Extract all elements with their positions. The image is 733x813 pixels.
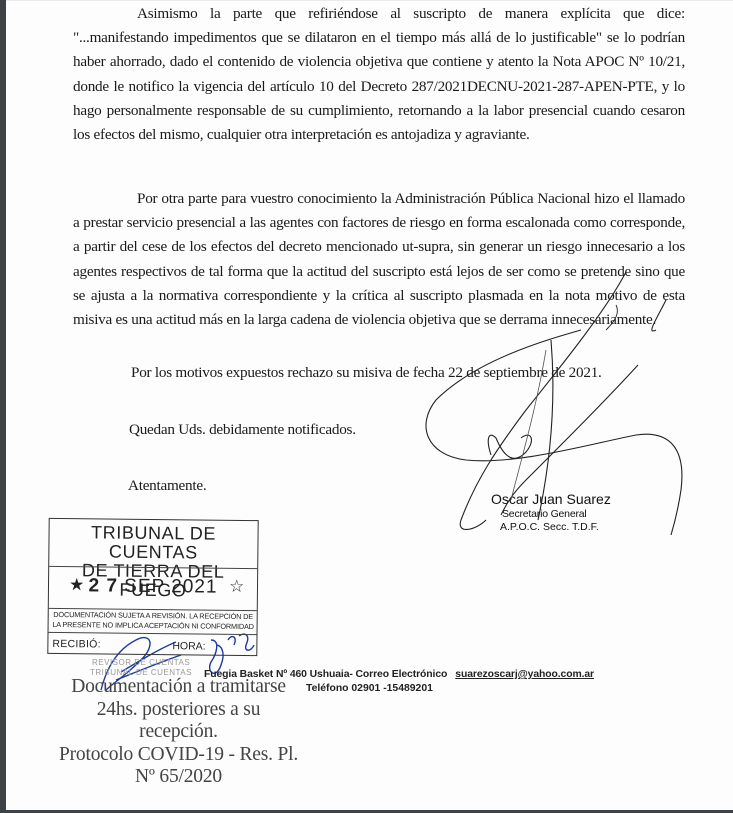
paragraph-asimismo-text: Asimismo la parte que refiriéndose al su…: [73, 5, 685, 143]
stamp-recibio-label: RECIBIÓ:: [52, 638, 101, 651]
page-top-edge: [6, 0, 733, 1]
signatory-org: A.P.O.C. Secc. T.D.F.: [500, 521, 599, 533]
document-page: Asimismo la parte que refiriéndose al su…: [6, 0, 733, 810]
covid-line-3: recepción.: [46, 721, 311, 744]
stamp-disclaimer: DOCUMENTACIÓN SUJETA A REVISIÓN. LA RECE…: [51, 610, 256, 631]
faint-stamp-revisor: REVISOR DE CUENTAS: [92, 658, 190, 667]
signatory-title: Secretario General: [502, 508, 587, 520]
paragraph-por-otra-parte: Por otra parte para vuestro conocimiento…: [73, 187, 685, 332]
paragraph-por-otra-parte-text: Por otra parte para vuestro conocimiento…: [73, 190, 685, 328]
stamp-date-day: 2 7: [88, 575, 118, 596]
covid-line-5: Nº 65/2020: [46, 766, 311, 789]
stamp-divider: [49, 632, 257, 635]
signatory-name: Oscar Juan Suarez: [491, 491, 611, 507]
closing-line: Atentamente.: [128, 477, 206, 495]
paragraph-asimismo: Asimismo la parte que refiriéndose al su…: [73, 2, 685, 147]
covid-protocol-stamp: Documentación a tramitarse 24hs. posteri…: [46, 676, 311, 789]
covid-line-1: Documentación a tramitarse: [46, 676, 311, 699]
footer-phone: Teléfono 02901 -15489201: [306, 683, 433, 694]
covid-line-4: Protocolo COVID-19 - Res. Pl.: [46, 744, 311, 767]
covid-line-2: 24hs. posteriores a su: [46, 699, 311, 722]
tribunal-reception-stamp: TRIBUNAL DE CUENTAS DE TIERRA DEL FUEGO …: [47, 518, 258, 656]
stamp-date: 2 7 SEP 2021: [49, 575, 257, 599]
stamp-disclaimer-2: LA PRESENTE NO IMPLICA ACEPTACIÓN NI CON…: [51, 619, 256, 631]
stamp-date-rest: SEP 2021: [124, 576, 217, 598]
footer-email-link[interactable]: suarezoscarj@yahoo.com.ar: [455, 669, 594, 680]
stamp-line-1: TRIBUNAL DE CUENTAS: [49, 523, 257, 563]
star-outline-icon: ☆: [229, 577, 244, 597]
rechazo-line: Por los motivos expuestos rechazo su mis…: [131, 364, 602, 382]
notificados-line: Quedan Uds. debidamente notificados.: [129, 421, 356, 439]
stamp-hora-label: HORA:: [172, 640, 205, 652]
